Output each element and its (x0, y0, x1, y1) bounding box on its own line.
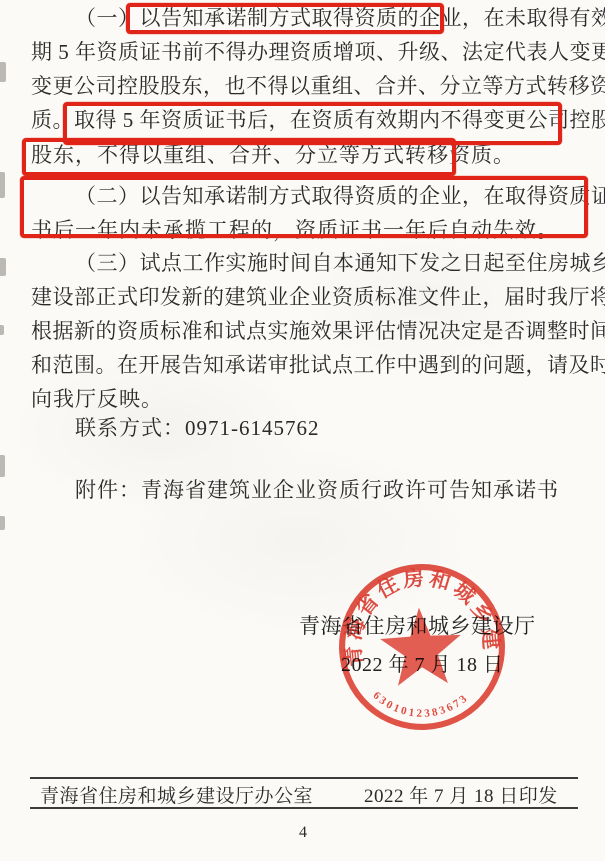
official-seal: 青海省住房和城乡建设厅 6301012383673 (332, 557, 513, 738)
paragraph-2-line-2: 书后一年内未承揽工程的，资质证书一年后自动失效。 (31, 213, 577, 247)
page-number: 4 (293, 824, 313, 842)
paragraph-3-line-4: 和范围。在开展告知承诺审批试点工作中遇到的问题，请及时 (31, 348, 577, 382)
scan-artifact (0, 62, 6, 82)
scan-artifact (0, 516, 5, 530)
paragraph-1-line-2: 期 5 年资质证书前不得办理资质增项、升级、法定代表人变更、 (31, 35, 577, 69)
scan-artifact (0, 325, 4, 335)
attachment-line: 附件：青海省建筑业企业资质行政许可告知承诺书 (31, 473, 577, 507)
star-icon (379, 606, 464, 687)
paragraph-3-line-1: （三）试点工作实施时间自本通知下发之日起至住房城乡 (31, 246, 577, 280)
document-page: （一）以告知承诺制方式取得资质的企业，在未取得有效 期 5 年资质证书前不得办理… (0, 0, 605, 861)
paragraph-3-line-3: 根据新的资质标准和试点实施效果评估情况决定是否调整时间 (31, 314, 577, 348)
scan-artifact (0, 258, 6, 276)
footer-rule-top (30, 777, 578, 779)
footer-rule-bottom (30, 807, 578, 809)
contact-line: 联系方式：0971-6145762 (31, 411, 577, 445)
paragraph-1-line-3: 变更公司控股股东，也不得以重组、合并、分立等方式转移资 (31, 69, 577, 103)
footer-issuer: 青海省住房和城乡建设厅办公室 (40, 781, 313, 808)
scan-artifact (0, 172, 5, 198)
paragraph-2-line-1: （二）以告知承诺制方式取得资质的企业，在取得资质证 (31, 179, 577, 213)
paragraph-1-line-5: 股东，不得以重组、合并、分立等方式转移资质。 (31, 138, 577, 172)
scan-artifact (0, 455, 5, 477)
paragraph-3-line-2: 建设部正式印发新的建筑业企业资质标准文件止，届时我厅将 (31, 280, 577, 314)
paragraph-1-line-1: （一）以告知承诺制方式取得资质的企业，在未取得有效 (31, 1, 577, 35)
paragraph-1-line-4: 质。取得 5 年资质证书后，在资质有效期内不得变更公司控股 (31, 103, 577, 137)
footer-print-date: 2022 年 7 月 18 日印发 (364, 781, 558, 808)
